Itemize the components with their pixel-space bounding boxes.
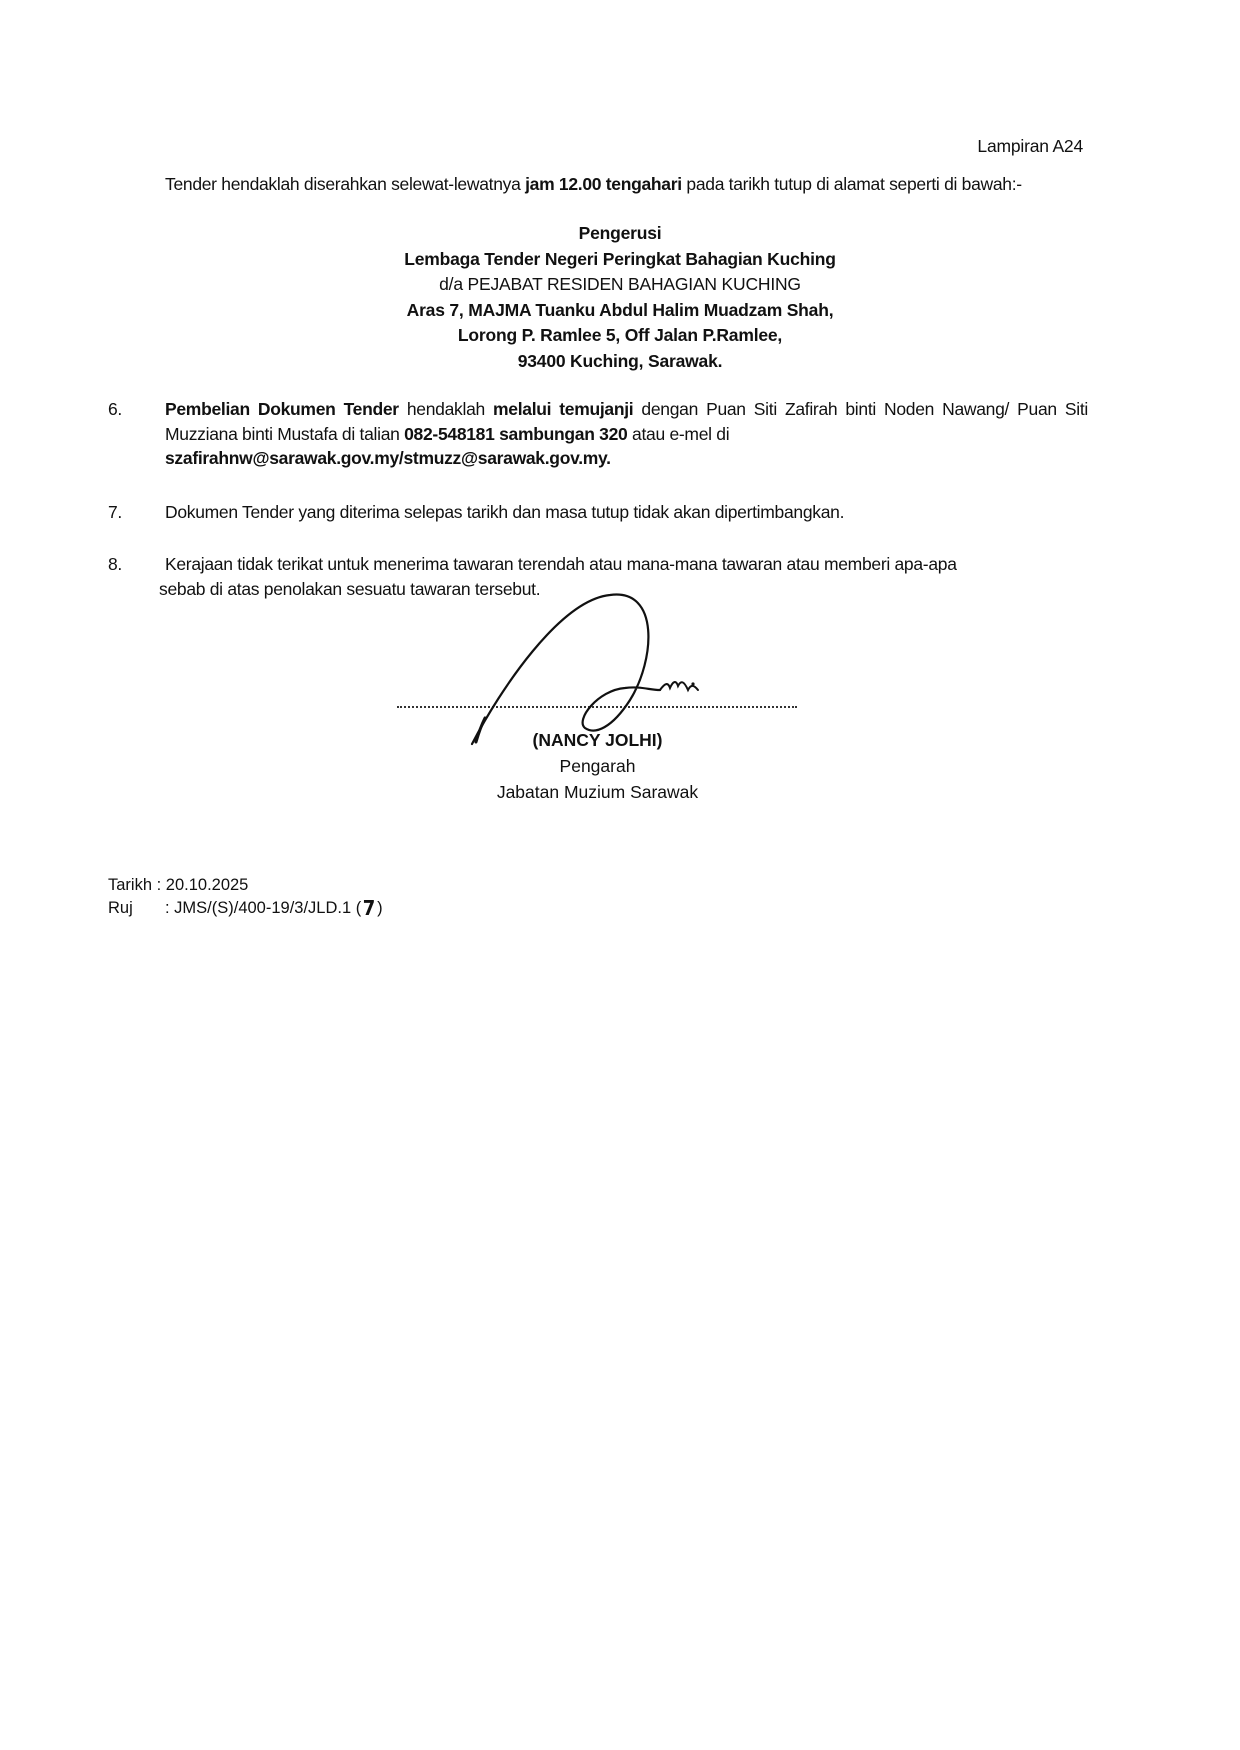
reference-value: : JMS/(S)/400-19/3/JLD.1 (	[165, 897, 361, 920]
address-line: Lorong P. Ramlee 5, Off Jalan P.Ramlee,	[320, 323, 920, 349]
reference-close: )	[377, 897, 383, 920]
address-block: Pengerusi Lembaga Tender Negeri Peringka…	[320, 221, 920, 375]
address-line: 93400 Kuching, Sarawak.	[320, 349, 920, 375]
handwritten-number: 7	[363, 897, 376, 920]
text: hendaklah	[399, 399, 493, 419]
paragraph-number: 7.	[108, 500, 158, 525]
paragraph-6: 6. Pembelian Dokumen Tender hendaklah me…	[108, 397, 1088, 471]
paragraph-body: Dokumen Tender yang diterima selepas tar…	[165, 500, 1088, 525]
intro-bold-time: jam 12.00 tengahari	[525, 174, 682, 194]
signatory-block: (NANCY JOLHI) Pengarah Jabatan Muzium Sa…	[400, 727, 795, 805]
document-page: Lampiran A24 Tender hendaklah diserahkan…	[0, 0, 1240, 1750]
signatory-title: Pengarah	[400, 753, 795, 779]
signatory-department: Jabatan Muzium Sarawak	[400, 779, 795, 805]
intro-paragraph: Tender hendaklah diserahkan selewat-lewa…	[165, 171, 1085, 197]
address-line: Aras 7, MAJMA Tuanku Abdul Halim Muadzam…	[320, 298, 920, 324]
signature-line	[397, 706, 797, 708]
footer-reference: Tarikh : 20.10.2025 Ruj: JMS/(S)/400-19/…	[108, 874, 383, 920]
paragraph-number: 8.	[108, 552, 158, 577]
phone-number: 082-548181 sambungan 320	[404, 424, 627, 444]
reference-row: Ruj: JMS/(S)/400-19/3/JLD.1 (7)	[108, 897, 383, 920]
intro-text-after: pada tarikh tutup di alamat seperti di b…	[682, 174, 1022, 194]
signatory-name: (NANCY JOLHI)	[400, 727, 795, 753]
address-line: d/a PEJABAT RESIDEN BAHAGIAN KUCHING	[320, 272, 920, 298]
address-line: Lembaga Tender Negeri Peringkat Bahagian…	[320, 247, 920, 273]
address-line: Pengerusi	[320, 221, 920, 247]
attachment-label: Lampiran A24	[977, 136, 1083, 157]
date-row: Tarikh : 20.10.2025	[108, 874, 383, 897]
paragraph-line: Kerajaan tidak terikat untuk menerima ta…	[165, 554, 957, 574]
intro-text-before: Tender hendaklah diserahkan selewat-lewa…	[165, 174, 525, 194]
date-label: Tarikh	[108, 874, 152, 897]
date-value: : 20.10.2025	[157, 874, 249, 897]
bold-text: Pembelian Dokumen Tender	[165, 399, 399, 419]
bold-text: melalui temujanji	[493, 399, 633, 419]
reference-label: Ruj	[108, 897, 165, 920]
paragraph-body: Pembelian Dokumen Tender hendaklah melal…	[165, 397, 1088, 471]
paragraph-number: 6.	[108, 397, 158, 422]
paragraph-7: 7. Dokumen Tender yang diterima selepas …	[108, 500, 1088, 525]
text: atau e-mel di	[627, 424, 729, 444]
email-addresses: szafirahnw@sarawak.gov.my/stmuzz@sarawak…	[165, 448, 611, 468]
paragraph-8: 8. Kerajaan tidak terikat untuk menerima…	[108, 552, 1088, 601]
paragraph-body: Kerajaan tidak terikat untuk menerima ta…	[165, 552, 1088, 601]
paragraph-line: sebab di atas penolakan sesuatu tawaran …	[159, 577, 1088, 602]
